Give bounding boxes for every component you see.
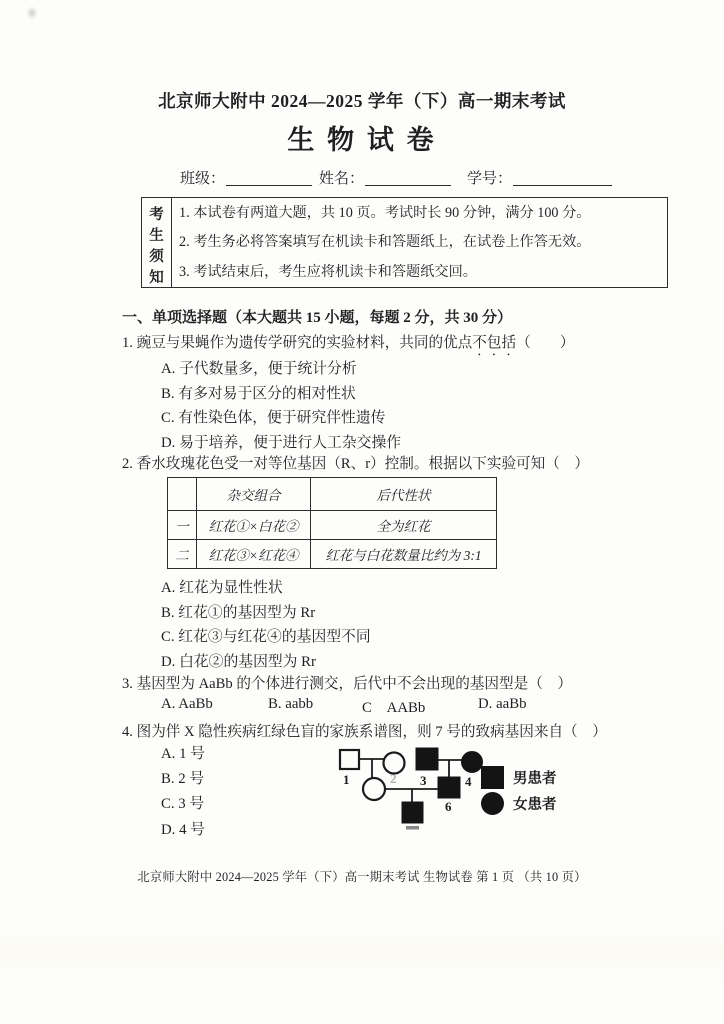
pedigree-member-3-affected-male bbox=[416, 748, 438, 770]
question-3-option-d: D. aaBb bbox=[478, 696, 527, 713]
legend-male-patient: 男患者 bbox=[481, 764, 557, 790]
filled-circle-icon bbox=[481, 792, 504, 815]
question-3-option-a: A. AaBb bbox=[161, 696, 213, 713]
notice-side-char: 考 bbox=[149, 203, 164, 224]
question-3-stem: 3. 基因型为 AaBb 的个体进行测交，后代中不会出现的基因型是（ ） bbox=[122, 672, 572, 693]
scan-artifact bbox=[26, 6, 38, 20]
question-3-option-c: C AABb bbox=[362, 696, 425, 717]
cross-experiment-table: 杂交组合 后代性状 一 红花①×白花② 全为红花 二 红花③×红花④ 红花与白花… bbox=[167, 477, 497, 569]
question-2-options: A. 红花为显性性状 B. 红花①的基因型为 Rr C. 红花③与红花④的基因型… bbox=[161, 576, 371, 674]
row-1-cross: 红花①×白花② bbox=[197, 511, 311, 540]
pedigree-member-7-label-smudge bbox=[406, 826, 419, 830]
question-4-option-b: B. 2 号 bbox=[161, 767, 205, 792]
student-id-label: 学号： bbox=[467, 167, 512, 188]
question-4-option-c: C. 3 号 bbox=[161, 792, 205, 817]
pedigree-member-1-unaffected-male bbox=[340, 750, 359, 769]
examinee-notice-box: 考 生 须 知 1. 本试卷有两道大题，共 10 页。考试时长 90 分钟，满分… bbox=[141, 197, 668, 288]
question-2-option-d: D. 白花②的基因型为 Rr bbox=[161, 650, 371, 675]
table-row: 一 红花①×白花② 全为红花 bbox=[168, 511, 497, 540]
row-2-number: 二 bbox=[168, 540, 197, 569]
notice-item-2: 2. 考生务必将答案填写在机读卡和答题纸上，在试卷上作答无效。 bbox=[179, 228, 667, 257]
question-4-stem: 4. 图为伴 X 隐性疾病红绿色盲的家族系谱图，则 7 号的致病基因来自（ ） bbox=[122, 720, 607, 741]
pedigree-label-2: 2 bbox=[390, 771, 397, 786]
name-blank-line bbox=[365, 170, 451, 186]
question-1-option-c: C. 有性染色体，便于研究伴性遗传 bbox=[161, 406, 401, 431]
question-1-stem-text: 1. 豌豆与果蝇作为遗传学研究的实验材料，共同的优点 bbox=[122, 335, 472, 351]
question-1-stem-brackets: （ ） bbox=[516, 335, 574, 351]
pedigree-legend: 男患者 女患者 bbox=[481, 764, 557, 816]
question-1-stem: 1. 豌豆与果蝇作为遗传学研究的实验材料，共同的优点不包括（ ） bbox=[122, 331, 574, 359]
notice-side-char: 须 bbox=[149, 245, 164, 266]
notice-side-char: 知 bbox=[149, 266, 164, 287]
filled-square-icon bbox=[481, 766, 504, 789]
notice-side-char: 生 bbox=[149, 224, 164, 245]
pedigree-member-4-affected-female bbox=[462, 752, 483, 773]
class-blank-line bbox=[226, 170, 312, 186]
question-2-stem: 2. 香水玫瑰花色受一对等位基因（R、r）控制。根据以下实验可知（ ） bbox=[122, 452, 589, 473]
paper-title: 生 物 试 卷 bbox=[18, 118, 706, 157]
question-1-option-b: B. 有多对易于区分的相对性状 bbox=[161, 382, 401, 407]
notice-items: 1. 本试卷有两道大题，共 10 页。考试时长 90 分钟，满分 100 分。 … bbox=[172, 198, 667, 287]
table-header-cross: 杂交组合 bbox=[197, 478, 311, 511]
table-header-row: 杂交组合 后代性状 bbox=[168, 478, 497, 511]
table-row: 二 红花③×红花④ 红花与白花数量比约为 3:1 bbox=[168, 540, 497, 569]
page-footer: 北京师大附中 2024—2025 学年（下）高一期末考试 生物试卷 第 1 页 … bbox=[18, 867, 706, 885]
question-2-option-c: C. 红花③与红花④的基因型不同 bbox=[161, 625, 371, 650]
section-1-heading: 一、单项选择题（本大题共 15 小题，每题 2 分，共 30 分） bbox=[122, 306, 512, 327]
pedigree-member-7-affected-male bbox=[402, 802, 423, 823]
pedigree-label-3: 3 bbox=[420, 773, 427, 788]
class-label: 班级： bbox=[180, 167, 225, 188]
question-4-option-a: A. 1 号 bbox=[161, 742, 205, 767]
question-3-option-b: B. aabb bbox=[268, 696, 313, 713]
question-2-option-b: B. 红花①的基因型为 Rr bbox=[161, 601, 371, 626]
table-header-offspring: 后代性状 bbox=[311, 478, 497, 511]
legend-female-patient: 女患者 bbox=[481, 790, 557, 816]
male-patient-label: 男患者 bbox=[513, 767, 557, 788]
question-1-option-a: A. 子代数量多，便于统计分析 bbox=[161, 357, 401, 382]
notice-item-1: 1. 本试卷有两道大题，共 10 页。考试时长 90 分钟，满分 100 分。 bbox=[179, 199, 667, 228]
question-3-options: A. AaBb B. aabb C AABb D. aaBb bbox=[0, 696, 724, 718]
student-info-row: 班级： 姓名： 学号： bbox=[0, 167, 724, 189]
question-4-options: A. 1 号 B. 2 号 C. 3 号 D. 4 号 bbox=[161, 742, 205, 843]
female-patient-label: 女患者 bbox=[513, 793, 557, 814]
pedigree-member-6-affected-male bbox=[438, 777, 460, 798]
question-1-options: A. 子代数量多，便于统计分析 B. 有多对易于区分的相对性状 C. 有性染色体… bbox=[161, 357, 401, 455]
exam-paper-page: 北京师大附中 2024—2025 学年（下）高一期末考试 生 物 试 卷 班级：… bbox=[0, 0, 724, 1024]
name-label: 姓名： bbox=[319, 167, 364, 188]
student-id-blank-line bbox=[513, 170, 612, 186]
notice-item-3: 3. 考试结束后，考生应将机读卡和答题纸交回。 bbox=[179, 258, 667, 287]
row-1-offspring: 全为红花 bbox=[311, 511, 497, 540]
pedigree-chart: 1 2 3 4 6 bbox=[335, 743, 495, 835]
exam-header-title: 北京师大附中 2024—2025 学年（下）高一期末考试 bbox=[18, 88, 706, 113]
question-2-option-a: A. 红花为显性性状 bbox=[161, 576, 371, 601]
question-4-option-d: D. 4 号 bbox=[161, 818, 205, 843]
pedigree-label-4: 4 bbox=[465, 774, 472, 789]
notice-side-label: 考 生 须 知 bbox=[142, 198, 172, 287]
question-1-stem-emphasis: 不包括 bbox=[472, 335, 516, 351]
pedigree-member-5-unaffected-female bbox=[363, 778, 385, 800]
row-2-cross: 红花③×红花④ bbox=[197, 540, 311, 569]
pedigree-label-6: 6 bbox=[445, 799, 452, 814]
pedigree-label-1: 1 bbox=[343, 772, 350, 787]
row-2-offspring: 红花与白花数量比约为 3:1 bbox=[311, 540, 497, 569]
row-1-number: 一 bbox=[168, 511, 197, 540]
